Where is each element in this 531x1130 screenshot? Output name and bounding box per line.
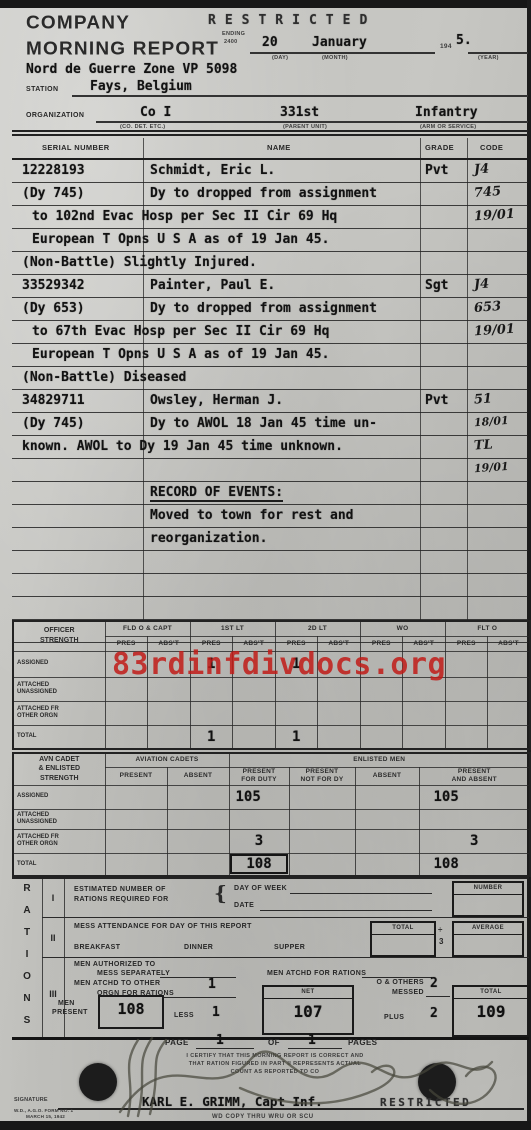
- cadet-strength-title: AVN CADET & ENLISTED STRENGTH: [13, 753, 105, 785]
- row-label: ATTACHED FR OTHER ORGN: [13, 829, 105, 853]
- roster-row: (Dy 745) Dy to dropped from assignment 7…: [12, 183, 528, 206]
- orgn-rations-line: [162, 997, 236, 998]
- row-label: ASSIGNED: [13, 651, 105, 677]
- org-arm-value: Infantry: [415, 106, 478, 119]
- scan-edge-bottom: [0, 1121, 531, 1130]
- watermark: 83rdinfdivdocs.org: [112, 650, 446, 680]
- mess-separately-line: [160, 977, 236, 978]
- brace-glyph: {: [214, 881, 227, 905]
- divide-by-three: 3: [439, 937, 444, 946]
- group-wo: WO: [360, 621, 445, 636]
- number-box-label: NUMBER: [454, 883, 522, 895]
- serial-number: 34829711: [22, 394, 85, 407]
- duty-code: (Dy 745): [22, 187, 85, 200]
- restricted-stamp-top: RESTRICTED: [208, 13, 376, 28]
- net-label: NET: [264, 987, 352, 999]
- date-month-value: January: [312, 36, 367, 49]
- messed-label: MESSED: [364, 989, 424, 997]
- code-value: 19/01: [474, 461, 509, 474]
- record-of-events-row: Moved to town for rest and: [12, 505, 528, 528]
- duty-code: (Dy 745): [22, 417, 85, 430]
- code-value: 18/01: [474, 415, 509, 428]
- plus-value: 2: [430, 1007, 438, 1020]
- less-value: 1: [212, 1006, 220, 1019]
- rations-vertical-letter: A: [20, 905, 34, 916]
- remark-text: Dy to dropped from assignment: [150, 187, 377, 200]
- day-of-week-label: DAY OF WEEK: [234, 885, 287, 893]
- col-serial-number: SERIAL NUMBER: [42, 144, 110, 153]
- serial-number: 33529342: [22, 279, 85, 292]
- section-numeral-1: I: [43, 893, 63, 903]
- messed-line: [426, 996, 450, 997]
- roster-header-row: SERIAL NUMBER NAME GRADE CODE: [12, 138, 528, 160]
- rations-total-label: TOTAL: [454, 987, 528, 999]
- officer-row-attached-fr-other: ATTACHED FR OTHER ORGN: [13, 701, 530, 725]
- officer-strength-table: OFFICER STRENGTH FLD O & CAPT 1ST LT 2D …: [12, 620, 531, 750]
- section-numeral-3: III: [43, 989, 63, 999]
- col-grade: GRADE: [425, 144, 454, 153]
- remark-text: known. AWOL to Dy 19 Jan 45 time unknown…: [22, 440, 343, 453]
- date-line: [260, 910, 432, 911]
- mess-total-box: TOTAL: [370, 921, 436, 957]
- form-title-morning-report: MORNING REPORT: [26, 40, 219, 58]
- breakfast-label: BREAKFAST: [74, 944, 120, 952]
- double-rule-1b: [12, 134, 528, 136]
- code-value: J4: [474, 277, 490, 291]
- roster-row: 34829711 Owsley, Herman J. Pvt 51: [12, 390, 528, 413]
- section-numeral-2: II: [43, 933, 63, 943]
- group-aviation-cadets: AVIATION CADETS: [105, 753, 229, 767]
- mess-attendance-label: MESS ATTENDANCE FOR DAY OF THIS REPORT: [74, 923, 252, 931]
- code-value: 653: [474, 300, 502, 315]
- row-label: ATTACHED UNASSIGNED: [13, 809, 105, 829]
- men-present-box: 108: [98, 995, 164, 1029]
- station-underline: [72, 95, 528, 97]
- remark-text: Dy to dropped from assignment: [150, 302, 377, 315]
- col-absent: ABSENT: [167, 767, 229, 785]
- ending-label: ENDING: [222, 32, 245, 38]
- col-present-for-duty: PRESENT FOR DUTY: [229, 767, 289, 785]
- roster-row: (Dy 653) Dy to dropped from assignment 6…: [12, 298, 528, 321]
- org-unit-value: Co I: [140, 106, 171, 119]
- date-year-value: 5.: [456, 34, 472, 47]
- rations-vertical-letter: R: [20, 883, 34, 894]
- event-line: reorganization.: [150, 532, 267, 545]
- day-caption: (DAY): [272, 56, 288, 62]
- rations-row-divider-2: [42, 957, 529, 958]
- remark-text: (Non-Battle) Diseased: [22, 371, 186, 384]
- group-flt-o: FLT O: [445, 621, 530, 636]
- row-label: ASSIGNED: [13, 785, 105, 809]
- cadet-row-attached-unassigned: ATTACHED UNASSIGNED: [13, 809, 530, 829]
- enlisted-strength-table: AVN CADET & ENLISTED STRENGTH AVIATION C…: [12, 752, 531, 877]
- plus-label: PLUS: [384, 1014, 404, 1022]
- roster-row: (Non-Battle) Slightly Injured.: [12, 252, 528, 275]
- o-and-others-label: O & OTHERS: [364, 979, 424, 987]
- average-label: AVERAGE: [454, 923, 522, 935]
- cadet-group-header-row: AVN CADET & ENLISTED STRENGTH AVIATION C…: [13, 753, 530, 767]
- rations-row-divider-1: [42, 917, 529, 918]
- rations-required-label: RATIONS REQUIRED FOR: [74, 896, 169, 904]
- cadet-row-total: TOTAL 108 108: [13, 853, 530, 876]
- form-date-line: MARCH 15, 1942: [26, 1114, 65, 1120]
- number-box: NUMBER: [452, 881, 524, 917]
- rations-vertical-letter: N: [20, 993, 34, 1004]
- roster-row: 12228193 Schmidt, Eric L. Pvt J4: [12, 160, 528, 183]
- roster-row: 19/01: [12, 459, 528, 482]
- year-underline: [468, 52, 528, 54]
- row-label: TOTAL: [13, 725, 105, 749]
- group-1st-lt: 1ST LT: [190, 621, 275, 636]
- group-fld-o-capt: FLD O & CAPT: [105, 621, 190, 636]
- signature-scribble: [90, 1028, 510, 1120]
- duty-code: (Dy 653): [22, 302, 85, 315]
- men-label: MEN: [58, 1000, 75, 1008]
- men-atchd-for-rations-label: MEN ATCHD FOR RATIONS: [267, 970, 366, 978]
- less-label: LESS: [174, 1012, 194, 1020]
- roster-table: SERIAL NUMBER NAME GRADE CODE 12228193 S…: [12, 138, 528, 620]
- double-rule-1a: [12, 130, 528, 132]
- code-value: 51: [474, 392, 493, 406]
- year-caption: (YEAR): [478, 56, 499, 62]
- others-messed-value: 2: [430, 977, 438, 990]
- form-title-company: COMPANY: [26, 14, 130, 32]
- grade-value: Sgt: [425, 279, 448, 292]
- date-underline: [250, 52, 435, 54]
- roster-row-blank: [12, 597, 528, 620]
- rations-vertical-letter: S: [20, 1015, 34, 1026]
- mess-total-label: TOTAL: [372, 923, 434, 935]
- remark-text: to 67th Evac Hosp per Sec II Cir 69 Hq: [32, 325, 329, 338]
- scan-edge-top: [0, 0, 531, 8]
- morning-report-scan: RESTRICTED COMPANY MORNING REPORT ENDING…: [0, 0, 531, 1130]
- roster-row-blank: [12, 551, 528, 574]
- serial-number: 12228193: [22, 164, 85, 177]
- code-value: 19/01: [474, 323, 516, 339]
- remark-text: (Non-Battle) Slightly Injured.: [22, 256, 257, 269]
- record-of-events-row: reorganization.: [12, 528, 528, 551]
- total-present-for-duty: 108: [230, 854, 288, 874]
- atchd-rations-value: 1: [208, 978, 216, 991]
- year-prefix: 194: [440, 44, 452, 51]
- col-absent-em: ABSENT: [355, 767, 419, 785]
- remark-text: European T Opns U S A as of 19 Jan 45.: [32, 233, 329, 246]
- station-label: STATION: [26, 86, 58, 94]
- rations-total-value: 109: [454, 999, 528, 1025]
- group-2d-lt: 2D LT: [275, 621, 360, 636]
- roster-row: European T Opns U S A as of 19 Jan 45.: [12, 344, 528, 367]
- dinner-label: DINNER: [184, 944, 213, 952]
- remark-text: European T Opns U S A as of 19 Jan 45.: [32, 348, 329, 361]
- roster-row: European T Opns U S A as of 19 Jan 45.: [12, 229, 528, 252]
- rations-vertical-letter: I: [20, 949, 34, 960]
- col-present-not-for-dy: PRESENT NOT FOR DY: [289, 767, 355, 785]
- event-line: Moved to town for rest and: [150, 509, 354, 522]
- row-label: ATTACHED UNASSIGNED: [13, 677, 105, 701]
- col-code: CODE: [480, 144, 503, 153]
- row-label: ATTACHED FR OTHER ORGN: [13, 701, 105, 725]
- soldier-name: Owsley, Herman J.: [150, 394, 283, 407]
- day-of-week-line: [290, 893, 432, 894]
- month-caption: (MONTH): [322, 56, 348, 62]
- row-label: TOTAL: [13, 853, 105, 876]
- signature-label: SIGNATURE: [14, 1097, 48, 1105]
- cadet-row-attached-fr-other: ATTACHED FR OTHER ORGN 3 3: [13, 829, 530, 853]
- code-value: 745: [474, 185, 502, 200]
- zone-line: Nord de Guerre Zone VP 5098: [26, 63, 237, 76]
- col-name: NAME: [267, 144, 291, 153]
- org-parent-value: 331st: [280, 106, 319, 119]
- soldier-name: Painter, Paul E.: [150, 279, 275, 292]
- code-value: TL: [474, 438, 494, 452]
- soldier-name: Schmidt, Eric L.: [150, 164, 275, 177]
- roster-row-blank: [12, 574, 528, 597]
- men-present-value: 108: [100, 997, 162, 1023]
- sub-abst: ABS'T: [488, 636, 531, 651]
- estimated-number-label: ESTIMATED NUMBER OF: [74, 886, 166, 894]
- roster-row: to 102nd Evac Hosp per Sec II Cir 69 Hq …: [12, 206, 528, 229]
- ending-time: 2400: [224, 40, 237, 46]
- net-value: 107: [264, 999, 352, 1025]
- rations-vertical-letter: T: [20, 927, 34, 938]
- grade-value: Pvt: [425, 394, 448, 407]
- col-present: PRESENT: [105, 767, 167, 785]
- roster-row: to 67th Evac Hosp per Sec II Cir 69 Hq 1…: [12, 321, 528, 344]
- code-value: J4: [474, 162, 490, 176]
- group-enlisted-men: ENLISTED MEN: [229, 753, 530, 767]
- record-of-events-title-row: RECORD OF EVENTS:: [12, 482, 528, 505]
- officer-strength-title: OFFICER STRENGTH: [13, 621, 105, 651]
- col-present-and-absent: PRESENT AND ABSENT: [419, 767, 530, 785]
- rations-vertical-letter: O: [20, 971, 34, 982]
- date-day-value: 20: [262, 36, 278, 49]
- code-value: 19/01: [474, 208, 516, 224]
- sub-pres: PRES: [445, 636, 488, 651]
- present-label: PRESENT: [52, 1009, 88, 1017]
- average-box: AVERAGE: [452, 921, 524, 957]
- roster-row: 33529342 Painter, Paul E. Sgt J4: [12, 275, 528, 298]
- roster-row: (Non-Battle) Diseased: [12, 367, 528, 390]
- remark-text: to 102nd Evac Hosp per Sec II Cir 69 Hq: [32, 210, 337, 223]
- rations-section: R A T I O N S I II III ESTIMATED NUMBER …: [12, 877, 529, 1040]
- remark-text: Dy to AWOL 18 Jan 45 time un-: [150, 417, 377, 430]
- cadet-row-assigned: ASSIGNED 105 105: [13, 785, 530, 809]
- roster-row: (Dy 745) Dy to AWOL 18 Jan 45 time un- 1…: [12, 413, 528, 436]
- grade-value: Pvt: [425, 164, 448, 177]
- roster-row: known. AWOL to Dy 19 Jan 45 time unknown…: [12, 436, 528, 459]
- station-value: Fays, Belgium: [90, 80, 192, 93]
- officer-row-total: TOTAL 1 1: [13, 725, 530, 749]
- organization-label: ORGANIZATION: [26, 112, 84, 120]
- officer-group-header-row: OFFICER STRENGTH FLD O & CAPT 1ST LT 2D …: [13, 621, 530, 636]
- men-authorized-label: MEN AUTHORIZED TO: [74, 961, 155, 969]
- organization-underline: [96, 121, 528, 123]
- supper-label: SUPPER: [274, 944, 305, 952]
- record-of-events-title: RECORD OF EVENTS:: [150, 486, 283, 502]
- date-label: DATE: [234, 902, 254, 910]
- men-atchd-other-label: MEN ATCHD TO OTHER: [74, 980, 160, 988]
- divide-sign: ÷: [438, 925, 443, 934]
